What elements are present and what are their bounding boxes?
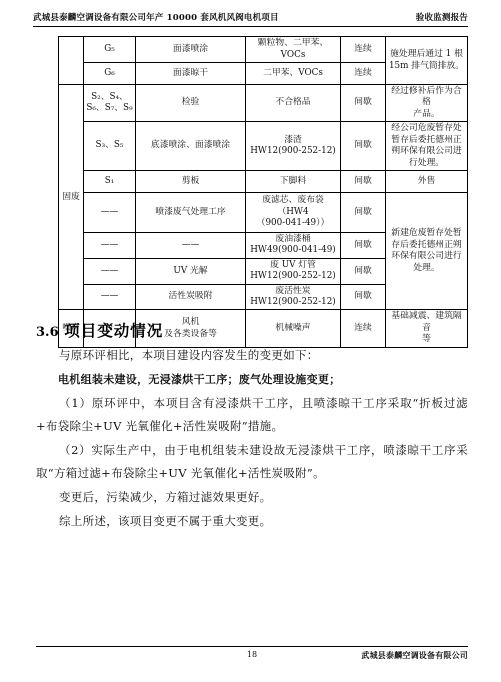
table-cell: 下脚料 (246, 170, 341, 192)
table-cell: —— (84, 192, 136, 232)
table-cell (59, 37, 84, 85)
table-cell: 连续 (341, 310, 386, 347)
table-cell: 机械噪声 (246, 310, 341, 347)
paragraph: 与原环评相比，本项目建设内容发生的变更如下： (36, 344, 468, 367)
table-cell: 废油漆桶 HW49(900-041-49) (246, 232, 341, 258)
table-row: S₃、S₅底漆喷涂、面漆喷涂漆渣 HW12(900-252-12)间歇经公司危废… (59, 122, 468, 171)
table-cell: —— (84, 258, 136, 284)
footer-company: 武城县泰麟空调设备有限公司 (361, 650, 468, 661)
table-cell: 颗粒物、二甲苯、 VOCs (246, 37, 341, 63)
table-cell: S₃、S₅ (84, 122, 136, 171)
table-cell: S₁ (84, 170, 136, 192)
table-cell: 不合格品 (246, 85, 341, 122)
table-cell: 剪板 (136, 170, 246, 192)
table-cell: 间歇 (341, 192, 386, 232)
table-cell: 施处理后通过 1 根 15m 排气筒排放。 (386, 37, 468, 85)
table-cell: 连续 (341, 63, 386, 85)
table-cell: 面漆喷涂 (136, 37, 246, 63)
table-cell: 漆渣 HW12(900-252-12) (246, 122, 341, 171)
table-cell: 间歇 (341, 232, 386, 258)
section-body: 与原环评相比，本项目建设内容发生的变更如下： 电机组装未建设，无浸漆烘干工序；废… (36, 344, 468, 534)
process-table: G₅面漆喷涂颗粒物、二甲苯、 VOCs连续施处理后通过 1 根 15m 排气筒排… (58, 36, 468, 348)
paragraph: （1）原环评中，本项目含有浸漆烘干工序，且喷漆晾干工序采取“折板过滤+布袋除尘+… (36, 392, 468, 438)
paragraph: （2）实际生产中，由于电机组装未建设故无浸漆烘干工序，喷漆晾干工序采取“方箱过滤… (36, 439, 468, 485)
table-cell: 固废 (59, 85, 84, 310)
page-header: 武城县泰麟空调设备有限公司年产 10000 套风机风阀电机项目 验收监测报告 (33, 11, 468, 27)
table-cell: G₆ (84, 63, 136, 85)
table-cell: G₅ (84, 37, 136, 63)
table-cell: 间歇 (341, 284, 386, 310)
table-cell: 二甲苯、VOCs (246, 63, 341, 85)
paragraph: 综上所述，该项目变更不属于重大变更。 (36, 510, 468, 533)
table-cell: 经公司危废暂存处暂存后委托德州正朔环保有限公司进行处理。 (386, 122, 468, 171)
table-cell: UV 光解 (136, 258, 246, 284)
table-cell: —— (84, 232, 136, 258)
table-cell: 经过修补后作为合格 产品。 (386, 85, 468, 122)
table-cell: —— (84, 284, 136, 310)
table-cell: 基础减震、建筑隔音 等 (386, 310, 468, 347)
table-row: S₁剪板下脚料间歇外售 (59, 170, 468, 192)
table-cell: 面漆晾干 (136, 63, 246, 85)
table-row: ——喷漆废气处理工序废滤芯、废布袋 （HW4 （900-041-49））间歇新建… (59, 192, 468, 232)
table-cell: 检验 (136, 85, 246, 122)
document-page: 武城县泰麟空调设备有限公司年产 10000 套风机风阀电机项目 验收监测报告 G… (0, 0, 501, 682)
header-report-type: 验收监测报告 (416, 11, 468, 23)
table-cell: 活性炭吸附 (136, 284, 246, 310)
process-table-body: G₅面漆喷涂颗粒物、二甲苯、 VOCs连续施处理后通过 1 根 15m 排气筒排… (59, 37, 468, 348)
table-row: G₅面漆喷涂颗粒物、二甲苯、 VOCs连续施处理后通过 1 根 15m 排气筒排… (59, 37, 468, 63)
table-cell: 废 UV 灯管 HW12(900-252-12) (246, 258, 341, 284)
table-cell: 间歇 (341, 258, 386, 284)
table-cell: 连续 (341, 37, 386, 63)
table-cell: S₂、S₄、S₆、S₇、S₉ (84, 85, 136, 122)
table-cell: 废活性炭 HW12(900-252-12) (246, 284, 341, 310)
section-heading: 3.6 项目变动情况 (36, 319, 163, 341)
table-cell: 间歇 (341, 122, 386, 171)
table-cell: 废滤芯、废布袋 （HW4 （900-041-49）） (246, 192, 341, 232)
paragraph: 变更后，污染减少，方箱过滤效果更好。 (36, 486, 468, 509)
header-project-title: 武城县泰麟空调设备有限公司年产 10000 套风机风阀电机项目 (33, 11, 279, 23)
section-title: 项目变动情况 (64, 322, 163, 340)
section-number: 3.6 (36, 325, 59, 340)
table-cell: —— (136, 232, 246, 258)
table-row: 固废S₂、S₄、S₆、S₇、S₉检验不合格品间歇经过修补后作为合格 产品。 (59, 85, 468, 122)
paragraph-change-summary: 电机组装未建设，无浸漆烘干工序；废气处理设施变更； (36, 368, 468, 391)
table-cell: 新建危废暂存处暂存后委托德州正朔环保有限公司进行处理。 (386, 192, 468, 310)
table-cell: 间歇 (341, 170, 386, 192)
page-footer: 18 武城县泰麟空调设备有限公司 (36, 646, 468, 662)
table-cell: 间歇 (341, 85, 386, 122)
table-cell: 底漆喷涂、面漆喷涂 (136, 122, 246, 171)
table-cell: 喷漆废气处理工序 (136, 192, 246, 232)
table-cell: 外售 (386, 170, 468, 192)
